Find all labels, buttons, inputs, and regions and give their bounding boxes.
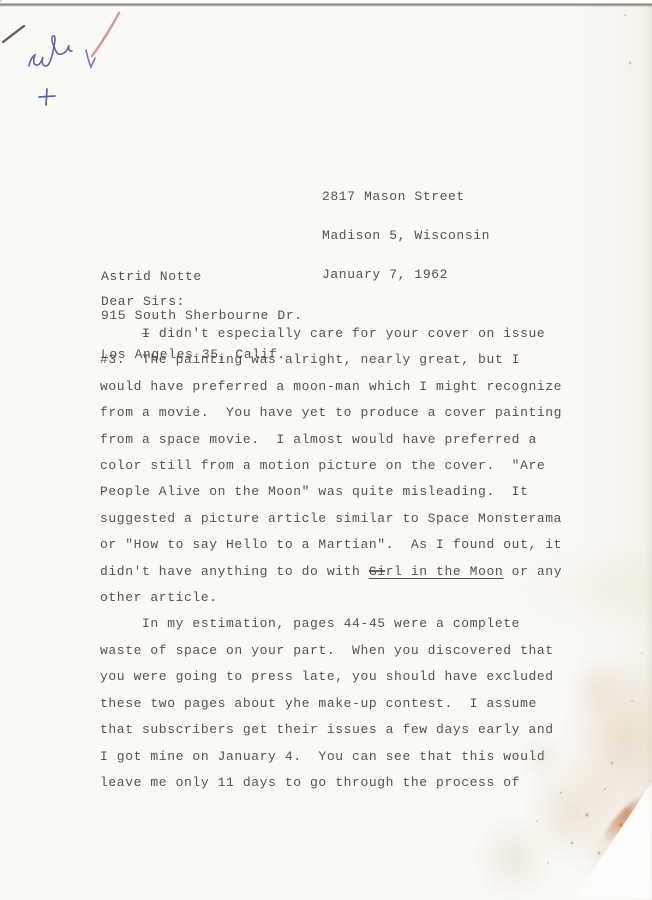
typed-text: I: [142, 326, 150, 341]
typed-line: I didn't especially care for your cover …: [100, 321, 580, 347]
ink-hook-stroke: [86, 50, 95, 67]
recipient-line: Astrid Notte: [101, 270, 303, 283]
typed-text: from a space movie. I almost would have …: [100, 432, 537, 447]
typed-text: color still from a motion picture on the…: [100, 458, 545, 473]
typed-text: didn't especially care for your cover on…: [150, 326, 545, 341]
plus-mark: [39, 89, 55, 105]
return-address-line: January 7, 1962: [322, 268, 490, 281]
typed-line: suggested a picture article similar to S…: [100, 506, 580, 532]
foxing-speckles: [0, 0, 2, 2]
typed-line: from a movie. You have yet to produce a …: [100, 400, 580, 426]
typed-line: from a space movie. I almost would have …: [100, 427, 580, 453]
handwritten-annotations: [0, 0, 160, 120]
return-address-line: Madison 5, Wisconsin: [322, 229, 490, 242]
typed-text: People Alive on the Moon" was quite misl…: [100, 484, 528, 499]
typed-text: Gi: [369, 564, 386, 579]
typed-line: People Alive on the Moon" was quite misl…: [100, 479, 580, 505]
check-stroke: [92, 13, 119, 56]
typed-text: other article.: [100, 590, 218, 605]
pencil-stroke: [3, 26, 24, 42]
typed-text: [100, 326, 142, 341]
typed-text: didn't have anything to do with: [100, 564, 369, 579]
typed-line: #3. The painting was alright, nearly gre…: [100, 347, 580, 373]
return-address-line: 2817 Mason Street: [322, 190, 490, 203]
typed-line: color still from a motion picture on the…: [100, 453, 580, 479]
salutation: Dear Sirs:: [101, 294, 185, 309]
letter-page: 2817 Mason Street Madison 5, Wisconsin J…: [0, 0, 652, 900]
typed-text: #3. The painting was alright, nearly gre…: [100, 352, 520, 367]
return-address-block: 2817 Mason Street Madison 5, Wisconsin J…: [322, 164, 490, 307]
typed-text: suggested a picture article similar to S…: [100, 511, 562, 526]
typed-line: would have preferred a moon-man which I …: [100, 374, 580, 400]
typed-text: from a movie. You have yet to produce a …: [100, 405, 562, 420]
handwritten-note-usl: [29, 36, 72, 66]
typed-text: would have preferred a moon-man which I …: [100, 379, 562, 394]
